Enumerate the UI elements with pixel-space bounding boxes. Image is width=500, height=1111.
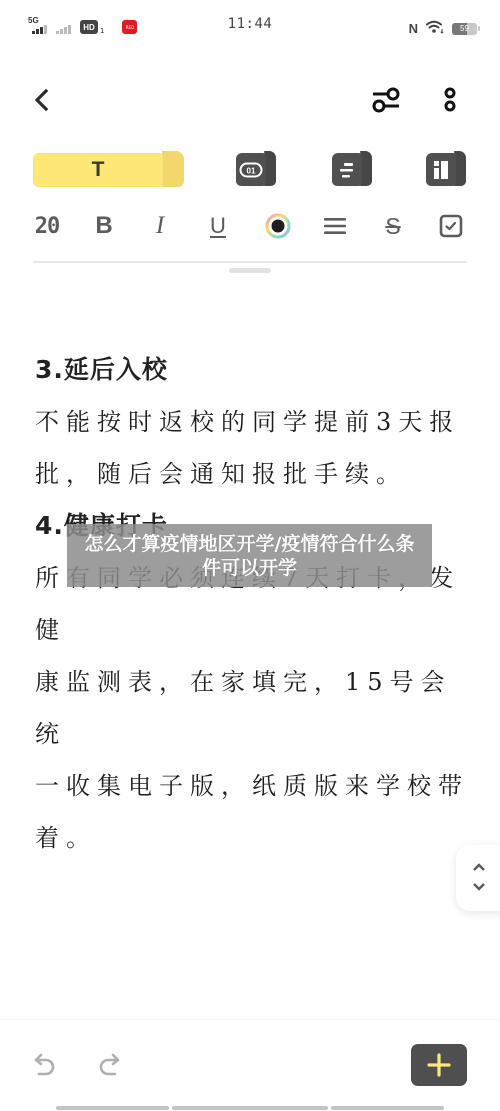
text-color-button[interactable]: [264, 210, 292, 242]
italic-button[interactable]: I: [148, 210, 172, 242]
chevron-left-icon: [33, 88, 51, 112]
mode-text-button[interactable]: T: [33, 151, 183, 187]
undo-button[interactable]: [30, 1050, 60, 1080]
wifi-icon: [426, 19, 444, 38]
scroll-down-button[interactable]: [470, 879, 488, 895]
nfc-icon: N: [409, 21, 418, 36]
paragraph-line: 一收集电子版，纸质版来学校带: [35, 760, 475, 812]
status-right: N 59: [409, 19, 480, 38]
more-vertical-icon: [443, 86, 457, 114]
chevron-up-icon: [472, 862, 486, 872]
drag-handle[interactable]: [229, 268, 271, 273]
undo-icon: [32, 1052, 58, 1078]
redo-button[interactable]: [94, 1050, 124, 1080]
paragraph-line: 批，随后会通知报批手续。: [35, 448, 475, 500]
battery-cap: [478, 26, 480, 31]
text-mode-label: T: [33, 153, 163, 187]
adjust-settings-button[interactable]: [368, 84, 404, 116]
paragraph-line: 不能按时返校的同学提前3天报: [35, 396, 475, 448]
battery-level: 59: [452, 23, 477, 35]
paragraph-line: 康监测表，在家填完，15号会统: [35, 656, 475, 760]
gesture-bar: [56, 1106, 444, 1110]
add-button[interactable]: [411, 1044, 467, 1086]
scroll-navigator: [456, 845, 500, 911]
more-options-button[interactable]: [436, 84, 464, 116]
checkbox-button[interactable]: [438, 210, 464, 242]
chevron-down-icon: [472, 882, 486, 892]
numbered-list-icon: 01: [239, 162, 263, 178]
mode-toolbar: T 01: [0, 148, 500, 192]
toolbar-divider: [33, 261, 467, 263]
top-navigation: [0, 78, 500, 122]
underline-button[interactable]: U: [206, 210, 230, 242]
strikethrough-button[interactable]: S: [380, 210, 406, 242]
align-justify-icon: [323, 216, 347, 236]
battery-icon: 59: [452, 23, 477, 35]
align-layout-icon: [338, 160, 356, 180]
overlay-title: 怎么才算疫情地区开学/疫情符合什么条件可以开学: [67, 532, 432, 580]
status-bar: 5G HD 1 RED 11:44 N 59: [0, 0, 500, 56]
mode-align-layout-button[interactable]: [332, 151, 374, 187]
redo-icon: [96, 1052, 122, 1078]
align-button[interactable]: [322, 210, 348, 242]
mode-numbered-list-button[interactable]: 01: [236, 151, 278, 187]
note-content[interactable]: 3.延后入校 不能按时返校的同学提前3天报 批，随后会通知报批手续。 4.健康打…: [35, 340, 475, 864]
scroll-up-button[interactable]: [470, 859, 488, 875]
checkbox-icon: [439, 214, 463, 238]
mode-grid-layout-button[interactable]: [426, 151, 468, 187]
section-heading: 3.延后入校: [35, 344, 475, 396]
color-wheel-icon: [265, 213, 291, 239]
paragraph-line: 着。: [35, 812, 475, 864]
title-overlay-banner[interactable]: 怎么才算疫情地区开学/疫情符合什么条件可以开学: [67, 524, 432, 587]
svg-text:01: 01: [247, 166, 256, 175]
font-size-button[interactable]: 20: [32, 210, 62, 242]
back-button[interactable]: [28, 84, 56, 116]
plus-icon: [426, 1052, 452, 1078]
grid-layout-icon: [432, 159, 450, 181]
mode-text-side: [162, 151, 184, 187]
bottom-divider: [0, 1019, 500, 1020]
bold-button[interactable]: B: [92, 210, 116, 242]
sliders-icon: [370, 86, 402, 114]
format-toolbar: 20 B I U S: [0, 206, 500, 246]
